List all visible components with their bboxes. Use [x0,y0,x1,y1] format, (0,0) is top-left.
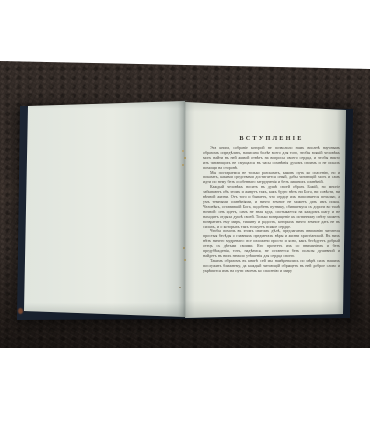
page-speck [182,164,184,166]
open-book: ВСТУПЛЕНІЕ Эта книга, собраніе которой н… [0,0,370,423]
page-speck [183,247,185,249]
chapter-title: ВСТУПЛЕНІЕ [203,135,340,142]
body-text: Эта книга, собраніе которой не позволило… [203,146,340,274]
corner-wear-mark [18,308,23,314]
page-speck [184,157,186,159]
gutter-shadow [178,100,190,318]
body-paragraph: Мы постараемся не только разсказать, как… [203,171,340,186]
page-speck [182,150,184,152]
page-speck [184,259,186,261]
body-paragraph: Каждый человѣкъ носитъ въ душѣ своей обр… [203,185,340,229]
printed-page-content: ВСТУПЛЕНІЕ Эта книга, собраніе которой н… [203,135,340,274]
left-page [24,100,185,318]
body-paragraph: Эта книга, собраніе которой не позволило… [203,146,340,171]
body-paragraph: Чтобы помочь въ этомъ святомъ дѣлѣ, пред… [203,229,340,258]
body-paragraph: Такимъ образомъ въ книгѣ сей мы намѣрева… [203,259,340,274]
book-photo: ВСТУПЛЕНІЕ Эта книга, собраніе которой н… [0,0,370,423]
page-speck [179,287,181,288]
